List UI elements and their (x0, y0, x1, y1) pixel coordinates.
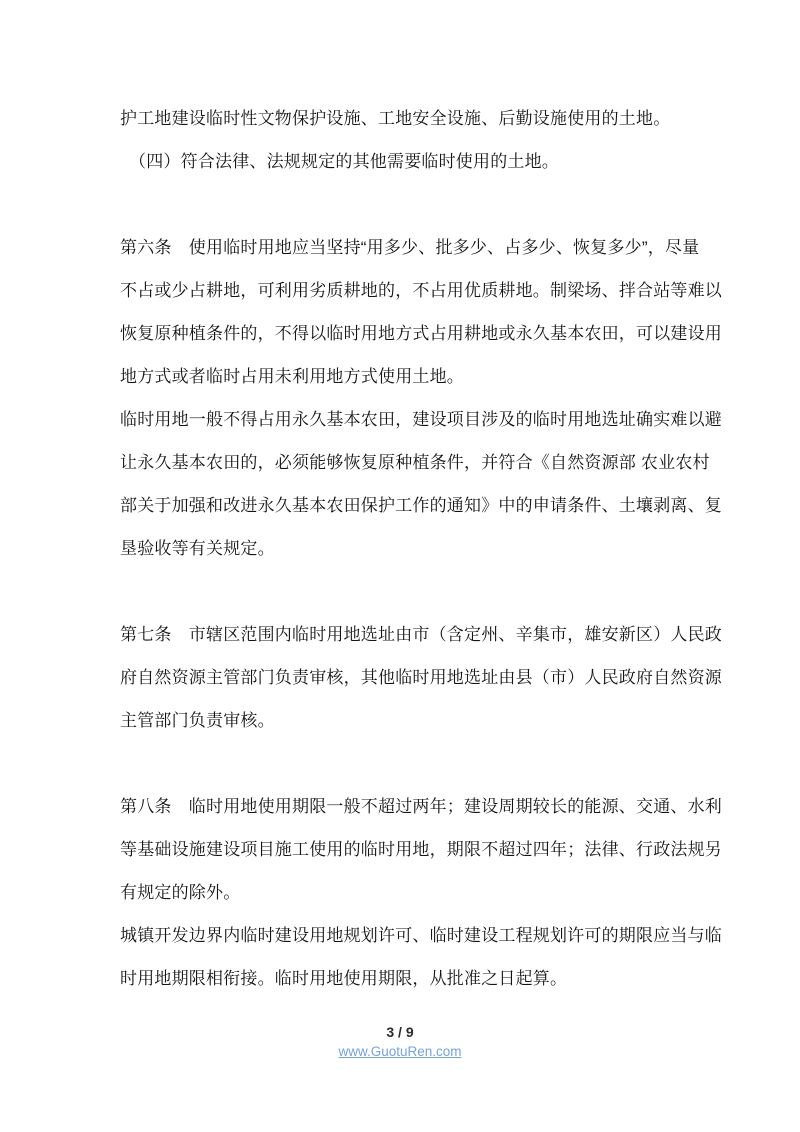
text-line: 主管部门负责审核。 (120, 699, 682, 742)
text-line: 城镇开发边界内临时建设用地规划许可、临时建设工程规划许可的期限应当与临 (120, 914, 682, 957)
text-line-article-7: 第七条 市辖区范围内临时用地选址由市（含定州、辛集市，雄安新区）人民政 (120, 613, 682, 656)
document-body: 护工地建设临时性文物保护设施、工地安全设施、后勤设施使用的土地。 （四）符合法律… (120, 97, 682, 1000)
text-line: （四）符合法律、法规规定的其他需要临时使用的土地。 (120, 140, 682, 183)
text-line: 有规定的除外。 (120, 871, 682, 914)
text-line: 恢复原种植条件的，不得以临时用地方式占用耕地或永久基本农田，可以建设用 (120, 312, 682, 355)
text-line: 等基础设施建设项目施工使用的临时用地，期限不超过四年；法律、行政法规另 (120, 828, 682, 871)
text-line: 垦验收等有关规定。 (120, 527, 682, 570)
text-line: 临时用地一般不得占用永久基本农田，建设项目涉及的临时用地选址确实难以避 (120, 398, 682, 441)
text-line: 护工地建设临时性文物保护设施、工地安全设施、后勤设施使用的土地。 (120, 97, 682, 140)
text-line: 让永久基本农田的，必须能够恢复原种植条件，并符合《自然资源部 农业农村 (120, 441, 682, 484)
page-indicator: 3 / 9 (0, 1023, 800, 1041)
page-footer: 3 / 9 www.GuotuRen.com (0, 1023, 800, 1061)
paragraph-spacer (120, 570, 682, 613)
text-line: 府自然资源主管部门负责审核，其他临时用地选址由县（市）人民政府自然资源 (120, 656, 682, 699)
paragraph-spacer (120, 183, 682, 226)
paragraph-spacer (120, 742, 682, 785)
text-line-article-6: 第六条 使用临时用地应当坚持“用多少、批多少、占多少、恢复多少”，尽量 (120, 226, 682, 269)
site-link[interactable]: www.GuotuRen.com (338, 1043, 461, 1060)
document-page: 护工地建设临时性文物保护设施、工地安全设施、后勤设施使用的土地。 （四）符合法律… (0, 0, 800, 1132)
text-line: 地方式或者临时占用未利用地方式使用土地。 (120, 355, 682, 398)
text-line: 不占或少占耕地，可利用劣质耕地的，不占用优质耕地。制梁场、拌合站等难以 (120, 269, 682, 312)
text-line: 部关于加强和改进永久基本农田保护工作的通知》中的申请条件、土壤剥离、复 (120, 484, 682, 527)
text-line-article-8: 第八条 临时用地使用期限一般不超过两年；建设周期较长的能源、交通、水利 (120, 785, 682, 828)
text-line: 时用地期限相衔接。临时用地使用期限，从批准之日起算。 (120, 957, 682, 1000)
